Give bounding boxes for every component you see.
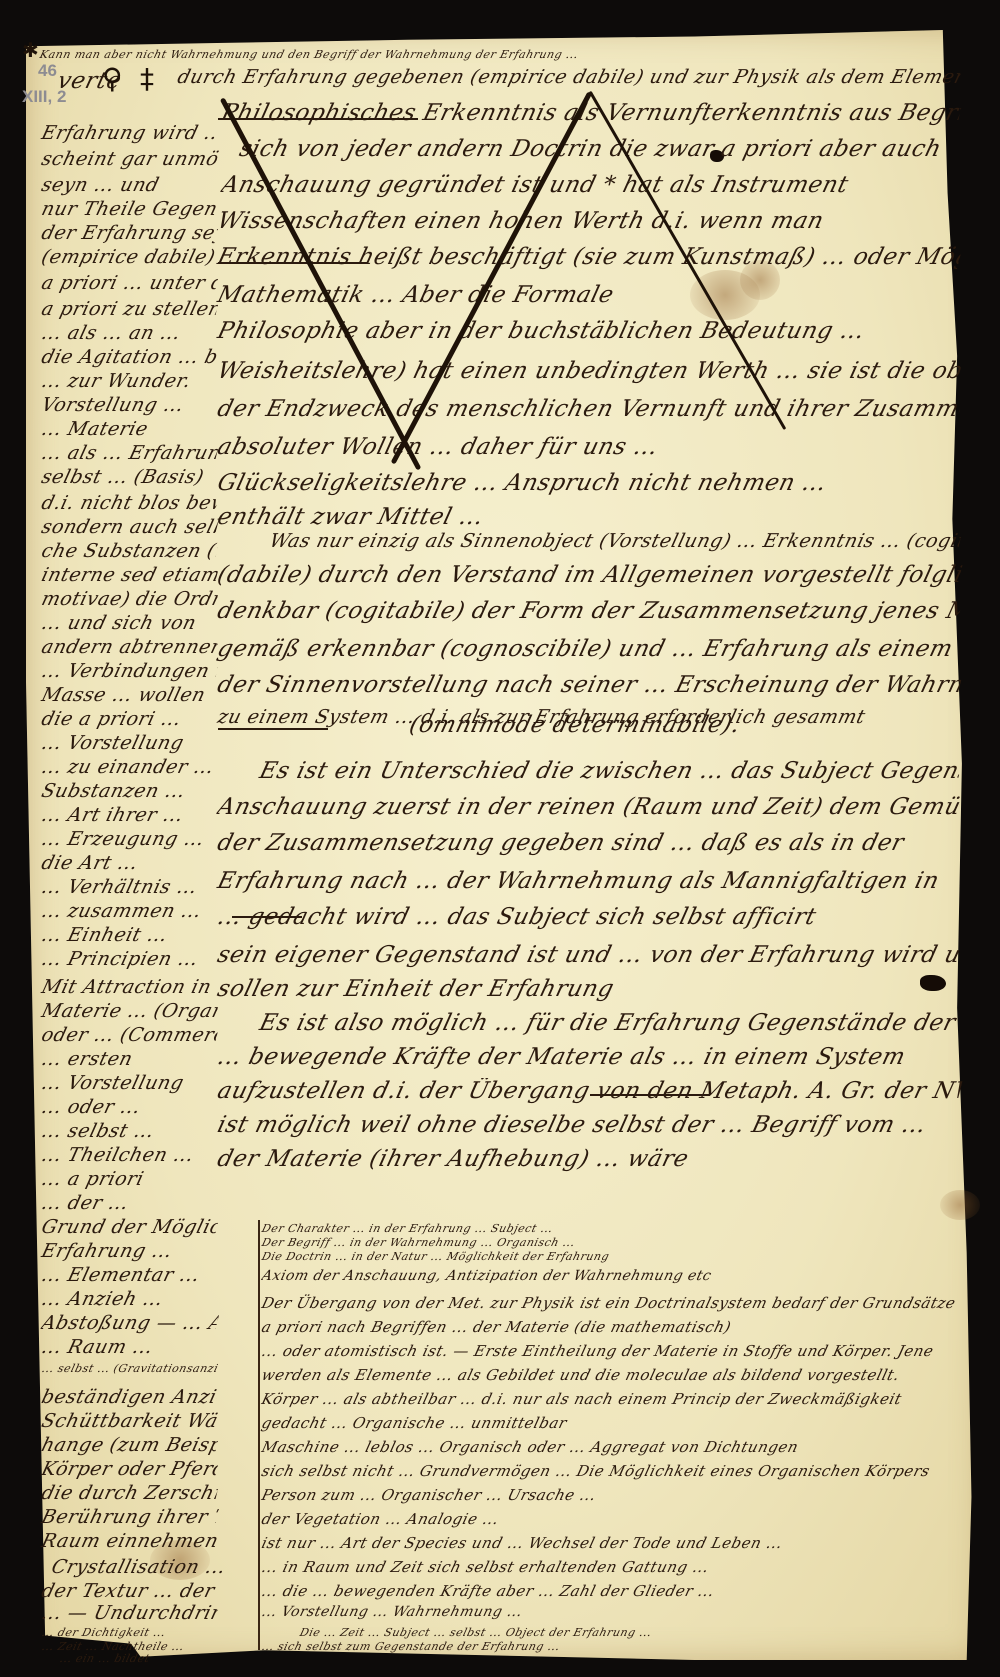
lower-text-line: ... die ... bewegenden Kräfte aber ... Z…	[260, 1582, 717, 1600]
lower-text-line: sich selbst nicht ... Grundvermögen ... …	[260, 1462, 932, 1480]
lower-text-line: Person zum ... Organischer ... Ursache .…	[260, 1486, 598, 1504]
main-text-line: denkbar (cogitabile) der Form der Zusamm…	[215, 598, 963, 624]
main-text-line: Erkenntnis heißt beschäftigt (sie zum Ku…	[215, 244, 963, 270]
margin-note-line: interne sed etiam loco	[39, 564, 219, 586]
main-text-line: der Materie (ihrer Aufhebung) ... wäre	[215, 1146, 692, 1172]
strikethrough	[218, 262, 368, 264]
main-text-line: der Sinnenvorstellung nach seiner ... Er…	[215, 672, 963, 698]
margin-note-line: ... Einheit ...	[39, 924, 170, 946]
lower-text-line: werden als Elemente ... als Gebildet und…	[260, 1366, 902, 1384]
margin-note-line: die Art ...	[39, 852, 140, 874]
lower-text-line: Körper ... als abtheilbar ... d.i. nur a…	[260, 1390, 904, 1408]
lower-text-line: Der Übergang von der Met. zur Physik ist…	[260, 1294, 962, 1312]
margin-note-line: ... Verhältnis ...	[39, 876, 199, 898]
margin-note-line: beständigen Anziehung der Wärme	[39, 1386, 219, 1408]
lower-text-line: ist nur ... Art der Species und ... Wech…	[260, 1534, 785, 1552]
margin-note-line: hange (zum Beispiel Zerreiben	[39, 1434, 219, 1456]
main-text-line: der Zusammensetzung gegeben sind ... daß…	[215, 830, 907, 856]
lower-text-line: Der Charakter ... in der Erfahrung ... S…	[260, 1222, 554, 1235]
margin-note-line: seyn ... und	[39, 174, 161, 196]
cross-reference-icon: ‡	[140, 62, 154, 95]
margin-note-line: Berührung ihrer Theile einen großen	[39, 1506, 219, 1528]
margin-note-line: Crystallisation ... einer	[49, 1556, 229, 1578]
margin-note-line: selbst ... (Basis)	[39, 466, 206, 488]
margin-note-line: Masse ... wollen	[39, 684, 208, 706]
margin-note-line: scheint gar unmöglich zu	[39, 148, 219, 170]
main-text-line: ... bewegende Kräfte der Materie als ...…	[215, 1044, 908, 1070]
margin-note-line: ... selbst ... (Gravitationsanziehung) —…	[40, 1362, 218, 1375]
margin-note-line: a priori ... unter die Begriffe	[39, 272, 219, 294]
lower-text-line: ... Vorstellung ... Wahrnehmung ...	[260, 1604, 524, 1620]
margin-note-line: der Textur ... der Figur	[39, 1580, 219, 1602]
main-text-line: (omnimode determinabile).	[407, 712, 743, 738]
main-text-line: sich von jeder andern Doctrin die zwar a…	[237, 136, 944, 162]
margin-note-line: che Substanzen (non solum	[39, 540, 219, 562]
main-text-line: Philosophisches Erkenntnis als Vernunfte…	[219, 100, 963, 126]
margin-note-line: Materie ... (Organisch)	[39, 1000, 219, 1022]
main-text-line: durch Erfahrung gegebenen (empirice dabi…	[175, 66, 962, 88]
strikethrough	[218, 728, 328, 730]
top-margin-note: Kann man aber nicht Wahrnehmung und den …	[38, 48, 579, 61]
margin-note-line: nur Theile Gegenstände	[39, 198, 219, 220]
margin-note-line: Raum einnehmen — Abstoßung	[39, 1530, 219, 1552]
margin-note-line: ... Principien ...	[39, 948, 200, 970]
water-stain	[940, 1190, 980, 1220]
main-text-line: absoluter Wollen ... daher für uns ...	[215, 434, 661, 460]
strikethrough	[232, 916, 302, 918]
key-reference-icon: ⚲	[102, 62, 123, 95]
lower-text-line: a priori nach Begriffen ... der Materie …	[260, 1318, 733, 1336]
margin-note-line: die durch Zerschneiden in der	[39, 1482, 219, 1504]
margin-note-line: Abstoßung — ... Absolute	[39, 1312, 219, 1334]
main-text-line: Was nur einzig als Sinnenobject (Vorstel…	[267, 530, 962, 552]
margin-note-line: ... und sich von	[39, 612, 198, 634]
margin-note-line: oder ... (Commerciell)	[39, 1024, 219, 1046]
margin-note-line: ... ersten	[39, 1048, 135, 1070]
margin-note-line: Schüttbarkeit Wärme im Zusam-	[39, 1410, 219, 1432]
lower-text-line: Axiom der Anschauung, Antizipation der W…	[260, 1268, 713, 1284]
main-text-line: Glückseligkeitslehre ... Anspruch nicht …	[215, 470, 829, 496]
asterisk-mark-icon: ✱	[22, 38, 39, 62]
margin-note-line: ... ein ... bildet	[58, 1652, 151, 1665]
lower-text-line: Die ... Zeit ... Subject ... selbst ... …	[298, 1626, 653, 1639]
margin-note-line: ... Erzeugung ...	[39, 828, 207, 850]
margin-note-line: ... zu einander ...	[39, 756, 216, 778]
archive-number: 46	[38, 62, 57, 80]
lower-text-line: Die Doctrin ... in der Natur ... Möglich…	[260, 1250, 610, 1263]
margin-note-line: Körper oder Pferde d.i. solche	[39, 1458, 219, 1480]
margin-note-line: ... — Undurchdringlichkeit ...	[39, 1602, 219, 1624]
margin-note-line: motivae) die Ordnung	[39, 588, 219, 610]
margin-note-line: ... Materie	[39, 418, 150, 440]
margin-rule	[258, 1220, 260, 1650]
main-text-line: Es ist also möglich ... für die Erfahrun…	[257, 1010, 963, 1036]
margin-note-line: ... Vorstellung	[39, 732, 186, 754]
margin-note-line: Grund der Möglichkeit der	[39, 1216, 219, 1238]
margin-note-line: ... als ... an ...	[39, 322, 183, 344]
main-text-line: sein eigener Gegenstand ist und ... von …	[215, 942, 963, 968]
lower-text-line: Maschine ... leblos ... Organisch oder .…	[260, 1438, 801, 1456]
strikethrough	[218, 118, 418, 120]
main-text-line: ist möglich weil ohne dieselbe selbst de…	[215, 1112, 929, 1138]
margin-note-line: ... Art ihrer ...	[39, 804, 186, 826]
margin-note-line: ... als ... Erfahrung	[39, 442, 219, 464]
lower-text-line: ... oder atomistisch ist. — Erste Einthe…	[260, 1342, 936, 1360]
margin-note-line: Substanzen ...	[39, 780, 188, 802]
margin-note-line: ... Theilchen ...	[39, 1144, 196, 1166]
margin-note-line: Mit Attraction in der ...	[39, 976, 219, 998]
lower-text-line: Der Begriff ... in der Wahrnehmung ... O…	[260, 1236, 576, 1249]
main-text-line: sollen zur Einheit der Erfahrung	[215, 976, 617, 1002]
main-text-line: ... gedacht wird ... das Subject sich se…	[215, 904, 819, 930]
main-text-line: Anschauung zuerst in der reinen (Raum un…	[215, 794, 963, 820]
margin-note-line: ... Raum ...	[39, 1336, 155, 1358]
main-text-line: Erfahrung nach ... der Wahrnehmung als M…	[215, 868, 942, 894]
main-text-line: enthält zwar Mittel ...	[215, 504, 487, 530]
margin-note-line: ... Verbindungen in	[39, 660, 219, 682]
margin-note-line: Erfahrung wird ... es	[39, 122, 219, 144]
margin-note-line: Erfahrung ...	[39, 1240, 174, 1262]
margin-note-line: der Erfahrung seyn kann	[39, 222, 219, 244]
margin-note-line: ... zur Wunder.	[39, 370, 193, 392]
main-text-line: Mathematik ... Aber die Formale	[215, 282, 617, 308]
margin-note-line: ... Anzieh ...	[39, 1288, 165, 1310]
lower-text-line: gedacht ... Organische ... unmittelbar	[260, 1414, 569, 1432]
lower-text-line: der Vegetation ... Analogie ...	[260, 1510, 501, 1528]
margin-note-line: d.i. nicht blos bewegend	[39, 492, 219, 514]
main-text-line: Es ist ein Unterschied die zwischen ... …	[257, 758, 963, 784]
margin-note-line: Vorstellung ...	[39, 394, 186, 416]
margin-note-line: die a priori ...	[39, 708, 183, 730]
main-text-line: der Endzweck des menschlichen Vernunft u…	[215, 396, 963, 422]
main-text-line: Philosophie aber in der buchstäblichen B…	[215, 318, 868, 344]
margin-note-line: (empirice dabile)	[39, 246, 217, 268]
margin-note-line: ... zusammen ...	[39, 900, 204, 922]
margin-note-line: ... oder ...	[39, 1096, 143, 1118]
margin-note-line: ... der ...	[39, 1192, 131, 1214]
margin-note-line: andern abtrennen ...	[39, 636, 219, 658]
main-text-line: gemäß erkennbar (cognoscibile) und ... E…	[215, 636, 963, 662]
main-text-line: (dabile) durch den Verstand im Allgemein…	[215, 562, 963, 588]
margin-note-line: die Agitation ... bezieh.	[39, 346, 219, 368]
margin-note-line: a priori zu stellen	[39, 298, 219, 320]
margin-note-line: sondern auch selbst bewegli-	[39, 516, 219, 538]
margin-note-line: ... der Dichtigkeit ...	[40, 1626, 167, 1639]
ink-blot	[920, 975, 946, 991]
main-text-line: Weisheitslehre) hat einen unbedingten We…	[215, 358, 963, 384]
margin-note-line: ... Vorstellung	[39, 1072, 186, 1094]
margin-note-line: ... Elementar ...	[39, 1264, 202, 1286]
main-text-line: aufzustellen d.i. der Übergang von den M…	[215, 1078, 963, 1104]
strikethrough	[590, 1094, 710, 1096]
lower-text-line: ... in Raum und Zeit sich selbst erhalte…	[260, 1558, 711, 1576]
margin-note-line: ... a priori	[39, 1168, 146, 1190]
lower-text-line: ... sich selbst zum Gegenstande der Erfa…	[260, 1640, 561, 1653]
margin-note-line: ... selbst ...	[39, 1120, 156, 1142]
